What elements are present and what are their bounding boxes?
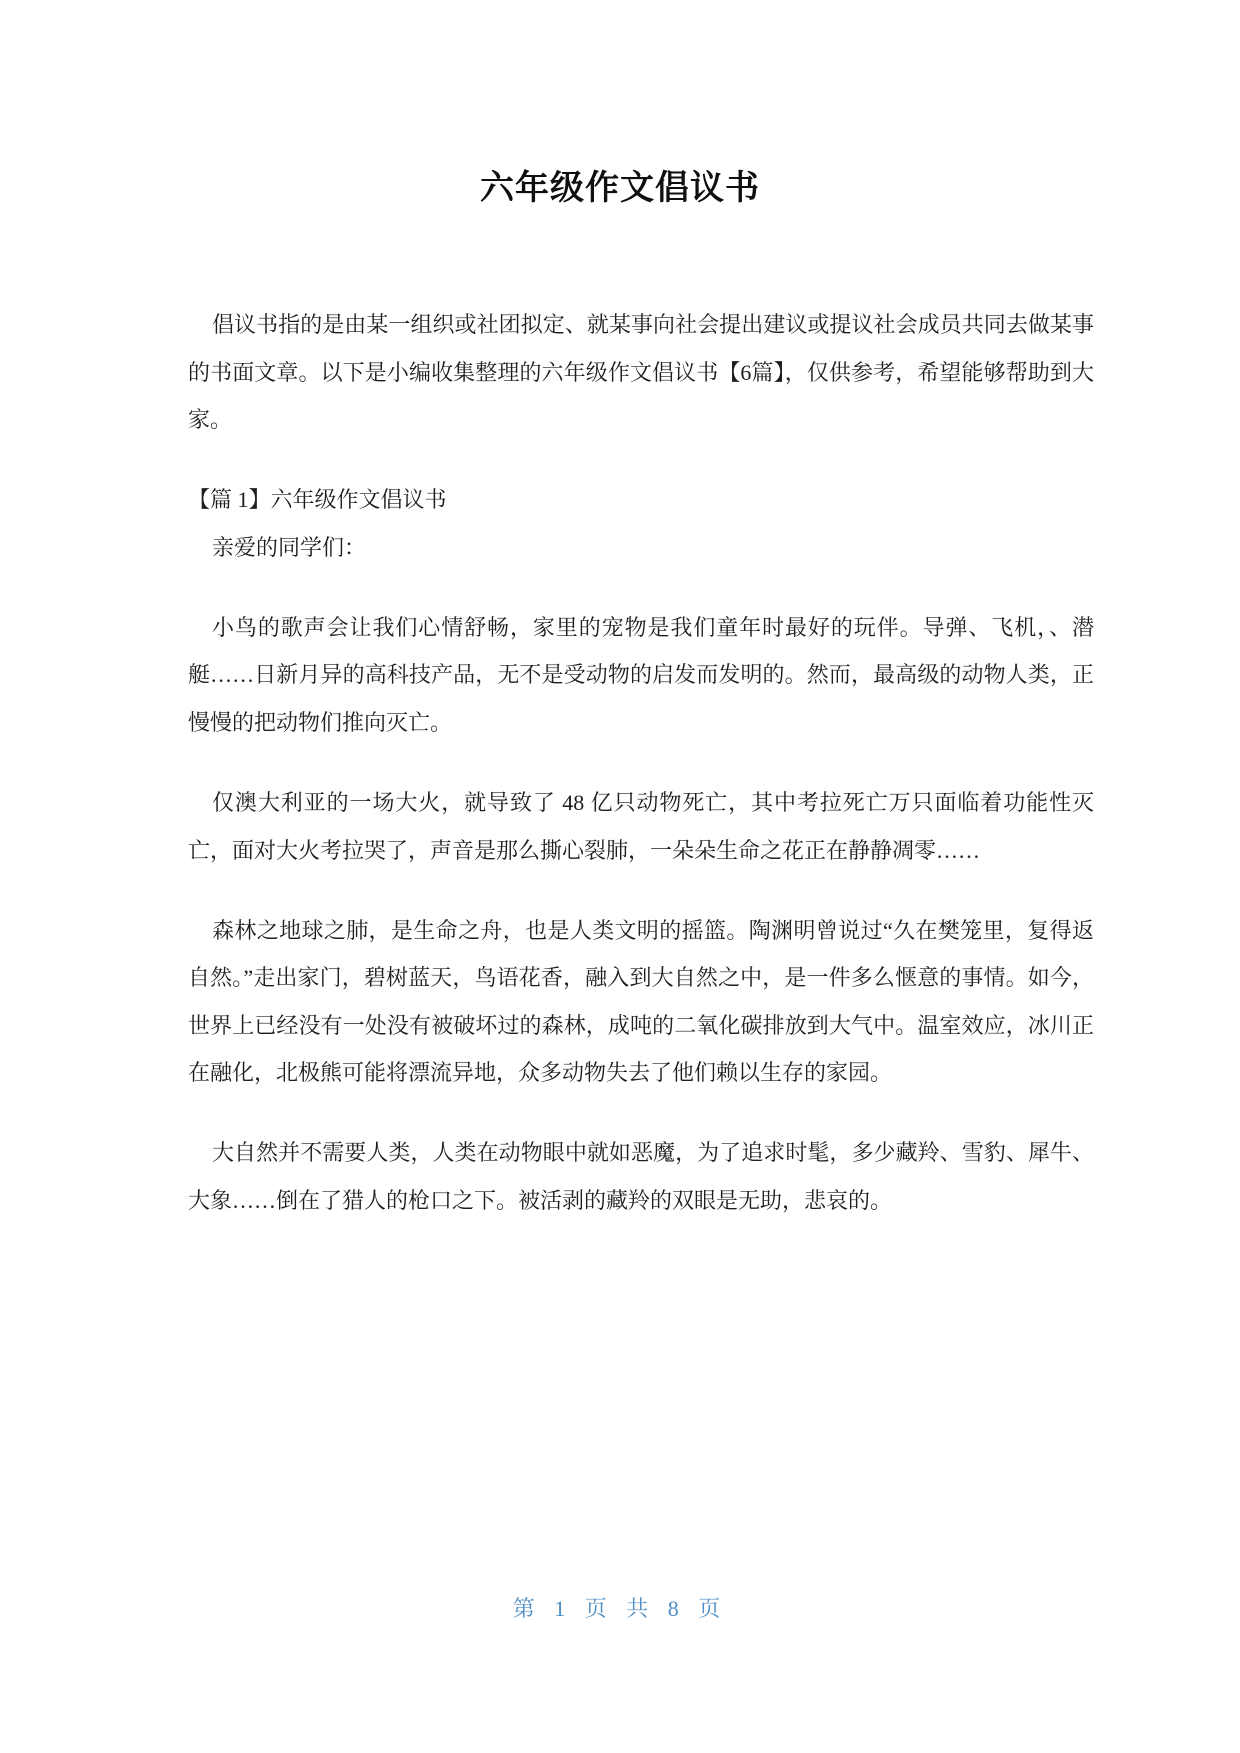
- paragraph-australia-fire: 仅澳大利亚的一场大火，就导致了 48 亿只动物死亡，其中考拉死亡万只面临着功能性…: [188, 779, 1094, 874]
- document-title: 六年级作文倡议书: [0, 0, 1240, 212]
- salutation-line: 亲爱的同学们：: [188, 524, 1094, 572]
- paragraph-intro: 倡议书指的是由某一组织或社团拟定、就某事向社会提出建议或提议社会成员共同去做某事…: [188, 301, 1094, 444]
- document-body: 倡议书指的是由某一组织或社团拟定、就某事向社会提出建议或提议社会成员共同去做某事…: [188, 301, 1094, 1224]
- paragraph-animals-inspiration: 小鸟的歌声会让我们心情舒畅，家里的宠物是我们童年时最好的玩伴。导弹、飞机，、潜艇…: [188, 604, 1094, 747]
- section-heading-pian1: 【篇 1】六年级作文倡议书: [188, 476, 1094, 524]
- paragraph-nature-hunting: 大自然并不需要人类，人类在动物眼中就如恶魔，为了追求时髦，多少藏羚、雪豹、犀牛、…: [188, 1129, 1094, 1224]
- paragraph-forest-nature: 森林之地球之肺，是生命之舟，也是人类文明的摇篮。陶渊明曾说过“久在樊笼里，复得返…: [188, 907, 1094, 1097]
- document-page: 六年级作文倡议书 倡议书指的是由某一组织或社团拟定、就某事向社会提出建议或提议社…: [0, 0, 1240, 1753]
- page-number: 第 1 页 共 8 页: [0, 1585, 1240, 1632]
